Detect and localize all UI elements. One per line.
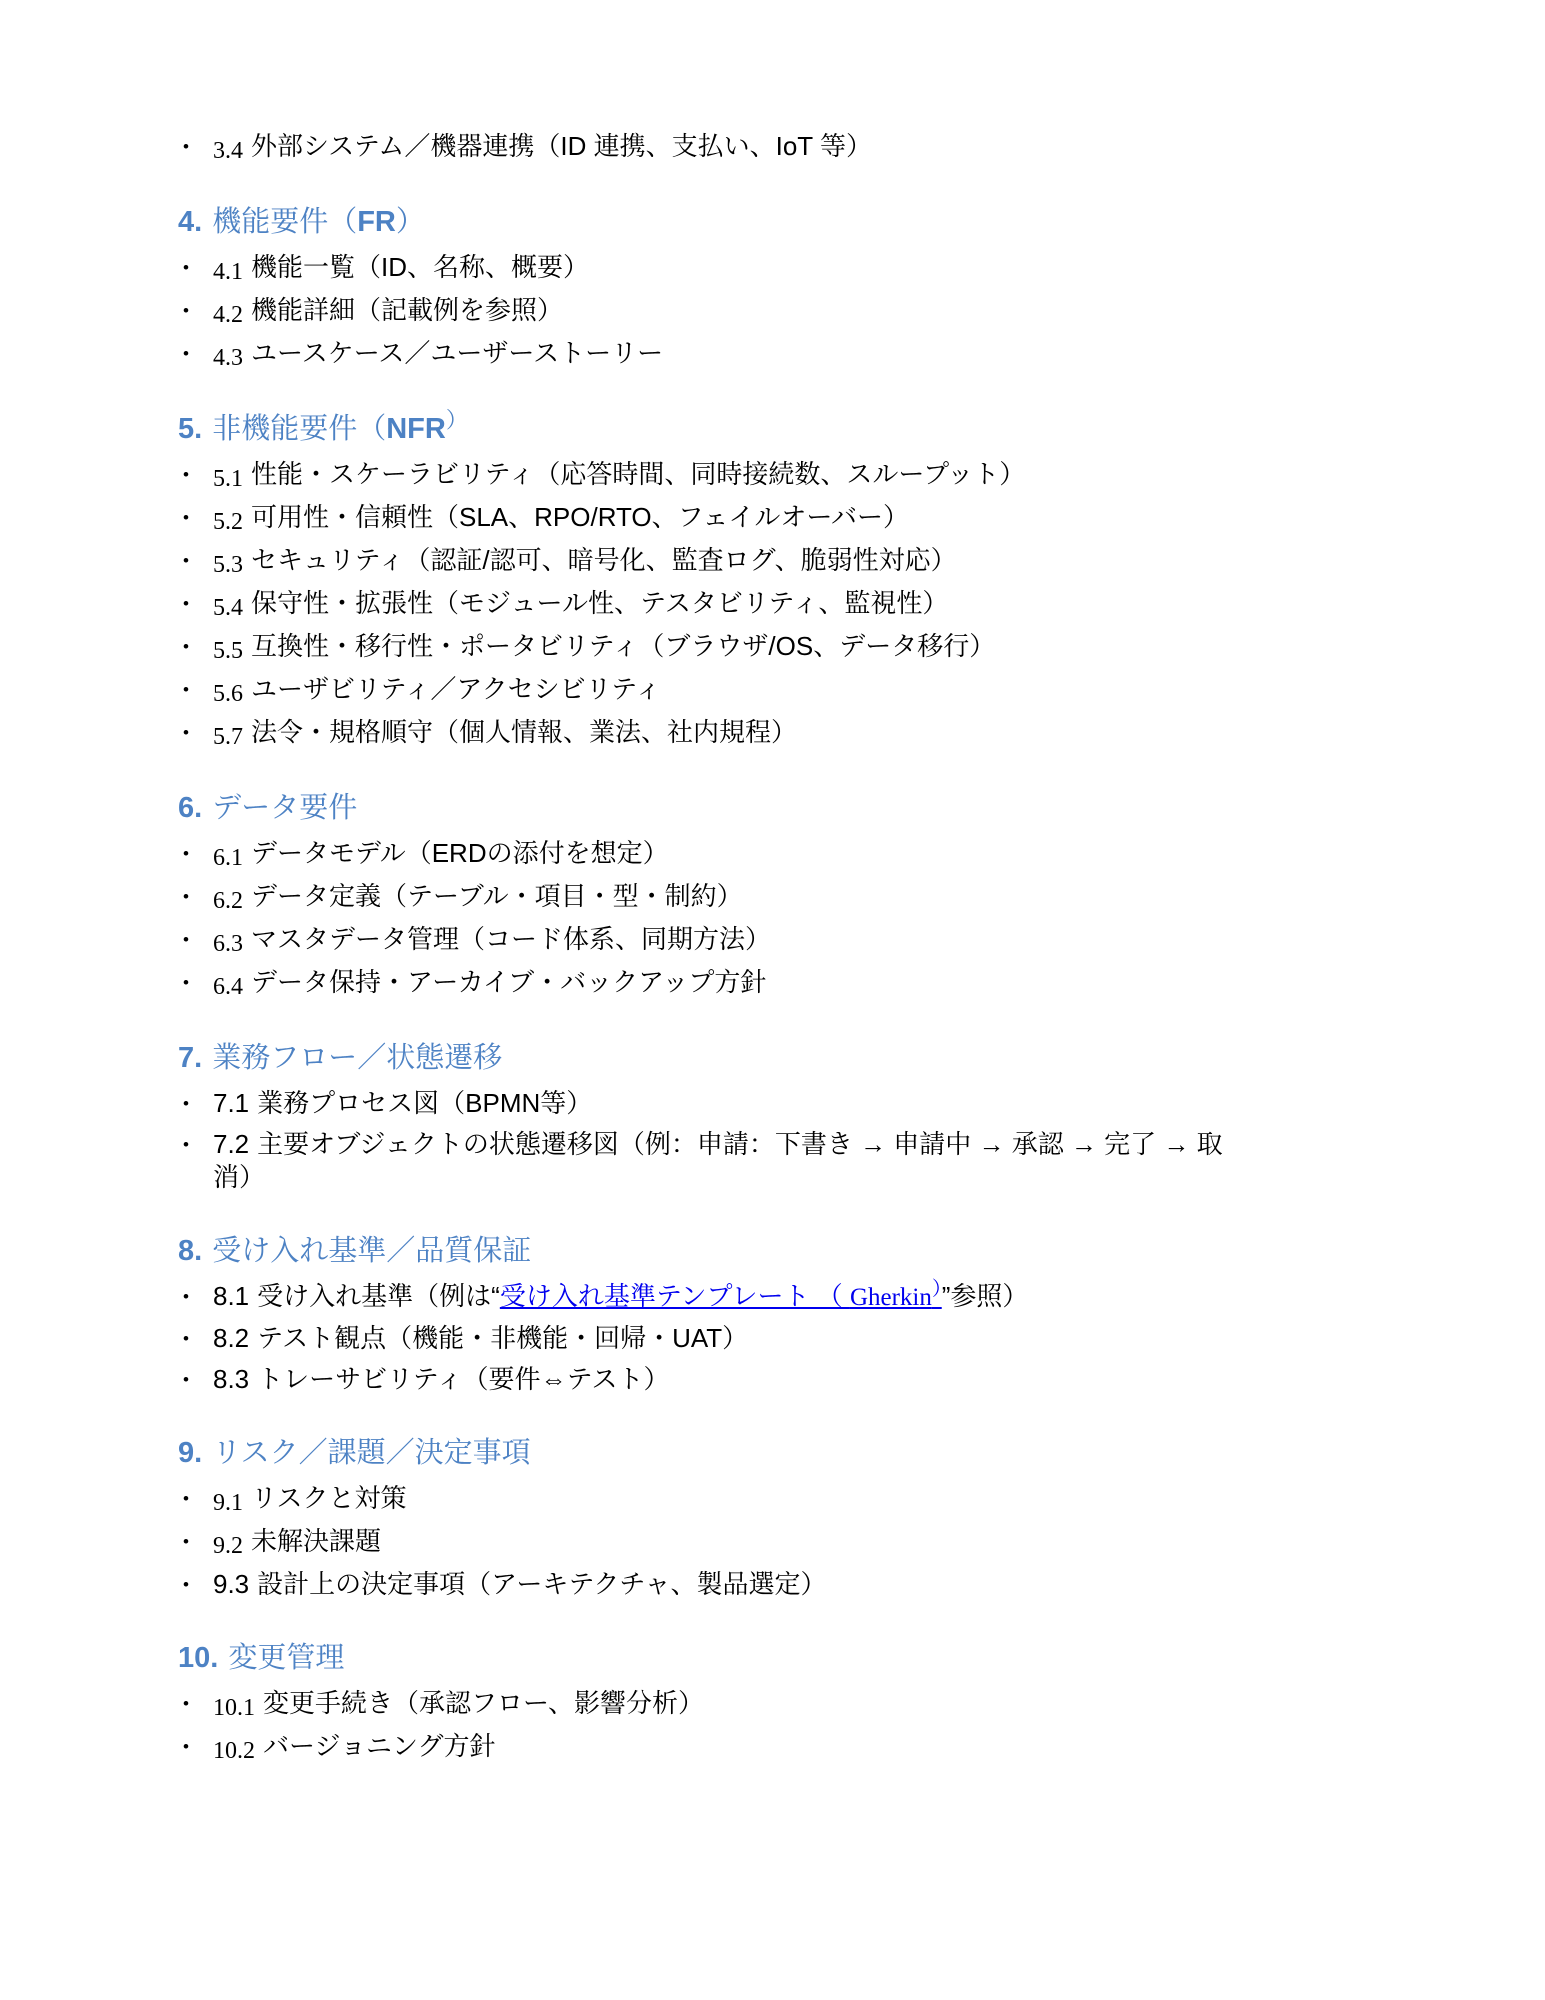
item-number: 5.6 [213, 681, 243, 707]
item-number: 4.1 [213, 259, 243, 285]
bullet-icon: • [183, 630, 213, 663]
item-body: 5.6ユーザビリティ／アクセシビリティ [213, 673, 661, 708]
item-text: 変更手続き（承認フロー、影響分析） [263, 1688, 704, 1718]
item-text: 保守性・拡張性（モジュール性、テスタビリティ、監視性） [251, 588, 948, 618]
item-text: 設計上の決定事項（アーキテクチャ、製品選定） [257, 1569, 826, 1599]
item-body: 9.1リスクと対策 [213, 1482, 406, 1517]
bullet-icon: • [183, 1128, 213, 1161]
item-number: 4.2 [213, 302, 243, 328]
item-body: 5.3セキュリティ（認証/認可、暗号化、監査ログ、脆弱性対応） [213, 544, 957, 579]
item-number: 4.3 [213, 345, 243, 371]
section-heading-7: 7.業務フロー／状態遷移 [178, 1037, 1358, 1079]
bullet-icon: • [183, 587, 213, 620]
list-item: •4.2機能詳細（記載例を参照） [178, 294, 1358, 329]
item-text: データモデル（ERDの添付を想定） [251, 838, 669, 868]
bullet-icon: • [183, 294, 213, 327]
item-number: 6.4 [213, 974, 243, 1000]
list-item: •5.5互換性・移行性・ポータビリティ（ブラウザ/OS、データ移行） [178, 630, 1358, 665]
item-number: 7.2 [213, 1129, 249, 1159]
item-text: 法令・規格順守（個人情報、業法、社内規程） [251, 717, 797, 747]
item-number: 7.1 [213, 1088, 249, 1118]
link-latin-text: Gherkin [850, 1284, 932, 1311]
item-text: 機能一覧（ID、名称、概要） [251, 252, 589, 282]
item-body: 3.4外部システム／機器連携（ID 連携、支払い、IoT 等） [213, 130, 872, 165]
item-body: 5.1性能・スケーラビリティ（応答時間、同時接続数、スループット） [213, 458, 1025, 493]
list-item: •9.1リスクと対策 [178, 1482, 1358, 1517]
item-body: 6.1データモデル（ERDの添付を想定） [213, 837, 669, 872]
item-body: 6.4データ保持・アーカイブ・バックアップ方針 [213, 966, 766, 1001]
list-item: •5.1性能・スケーラビリティ（応答時間、同時接続数、スループット） [178, 458, 1358, 493]
section-title: 非機能要件（ [212, 413, 386, 445]
list-item: •4.3ユースケース／ユーザーストーリー [178, 337, 1358, 372]
item-number: 10.2 [213, 1738, 255, 1764]
section-title: 機能要件（ [212, 206, 357, 238]
item-body: 8.2テスト観点（機能・非機能・回帰・UAT） [213, 1322, 748, 1355]
item-text: 外部システム／機器連携（ID 連携、支払い、IoT 等） [251, 131, 872, 161]
list-item: •8.3トレーサビリティ（要件⇔テスト） [178, 1363, 1358, 1396]
section-title: 変更管理 [228, 1642, 344, 1674]
bullet-icon: • [183, 458, 213, 491]
list-item: •3.4外部システム／機器連携（ID 連携、支払い、IoT 等） [178, 130, 1358, 165]
section-title-close: ） [446, 407, 468, 432]
section-number: 8. [178, 1235, 202, 1267]
bullet-icon: • [183, 966, 213, 999]
section-number: 5. [178, 413, 202, 445]
item-text: ユースケース／ユーザーストーリー [251, 338, 663, 368]
bullet-icon: • [183, 337, 213, 370]
item-text: 機能詳細（記載例を参照） [251, 295, 563, 325]
section-title-close: ） [396, 206, 425, 238]
item-text: 可用性・信頼性（SLA、RPO/RTO、フェイルオーバー） [251, 502, 909, 532]
item-text: トレーサビリティ（要件⇔テスト） [257, 1364, 669, 1394]
item-text: 互換性・移行性・ポータビリティ（ブラウザ/OS、データ移行） [251, 631, 995, 661]
item-number: 5.2 [213, 509, 243, 535]
bullet-icon: • [183, 501, 213, 534]
item-text: 性能・スケーラビリティ（応答時間、同時接続数、スループット） [251, 459, 1025, 489]
bullet-icon: • [183, 1322, 213, 1355]
item-body: 8.1受け入れ基準（例は“受け入れ基準テンプレート （ Gherkin）”参照） [213, 1280, 1028, 1314]
item-text: 未解決課題 [251, 1526, 381, 1556]
item-text-line2: 消） [213, 1162, 265, 1192]
bullet-icon: • [183, 1280, 213, 1313]
section-heading-6: 6.データ要件 [178, 787, 1358, 829]
item-text: データ定義（テーブル・項目・型・制約） [251, 881, 743, 911]
item-body: 10.2バージョニング方針 [213, 1730, 495, 1765]
list-item: •9.2未解決課題 [178, 1525, 1358, 1560]
section-title: リスク／課題／決定事項 [212, 1437, 530, 1469]
list-item: •5.4保守性・拡張性（モジュール性、テスタビリティ、監視性） [178, 587, 1358, 622]
section-heading-4: 4.機能要件（FR） [178, 201, 1358, 243]
bullet-icon: • [183, 544, 213, 577]
item-number: 8.3 [213, 1364, 249, 1394]
item-number: 5.5 [213, 638, 243, 664]
item-text-prefix: 受け入れ基準（例は“ [257, 1281, 500, 1311]
bullet-icon: • [183, 251, 213, 284]
item-body: 5.7法令・規格順守（個人情報、業法、社内規程） [213, 716, 797, 751]
item-number: 5.3 [213, 552, 243, 578]
item-body: 6.3マスタデータ管理（コード体系、同期方法） [213, 923, 771, 958]
list-item: •9.3設計上の決定事項（アーキテクチャ、製品選定） [178, 1568, 1358, 1601]
item-body: 7.1業務プロセス図（BPMN等） [213, 1087, 592, 1120]
bullet-icon: • [183, 1482, 213, 1515]
section-number: 7. [178, 1042, 202, 1074]
bullet-icon: • [183, 880, 213, 913]
item-number: 9.3 [213, 1569, 249, 1599]
bullet-icon: • [183, 923, 213, 956]
section-title: 業務フロー／状態遷移 [212, 1042, 502, 1074]
list-item: •6.4データ保持・アーカイブ・バックアップ方針 [178, 966, 1358, 1001]
bullet-icon: • [183, 837, 213, 870]
item-number: 5.4 [213, 595, 243, 621]
item-number: 6.3 [213, 931, 243, 957]
item-text: リスクと対策 [251, 1483, 406, 1513]
list-item: •7.2主要オブジェクトの状態遷移図（例：申請：下書き → 申請中 → 承認 →… [178, 1128, 1358, 1194]
list-item: •8.2テスト観点（機能・非機能・回帰・UAT） [178, 1322, 1358, 1355]
item-text: データ保持・アーカイブ・バックアップ方針 [251, 967, 766, 997]
item-body: 5.2可用性・信頼性（SLA、RPO/RTO、フェイルオーバー） [213, 501, 909, 536]
list-item: •5.7法令・規格順守（個人情報、業法、社内規程） [178, 716, 1358, 751]
list-item: •4.1機能一覧（ID、名称、概要） [178, 251, 1358, 286]
section-heading-8: 8.受け入れ基準／品質保証 [178, 1230, 1358, 1272]
acceptance-criteria-template-link[interactable]: 受け入れ基準テンプレート （ Gherkin） [500, 1281, 942, 1311]
item-number: 6.2 [213, 888, 243, 914]
item-body: 9.2未解決課題 [213, 1525, 381, 1560]
item-body: 5.4保守性・拡張性（モジュール性、テスタビリティ、監視性） [213, 587, 948, 622]
item-body: 4.2機能詳細（記載例を参照） [213, 294, 563, 329]
item-text: セキュリティ（認証/認可、暗号化、監査ログ、脆弱性対応） [251, 545, 957, 575]
item-body: 8.3トレーサビリティ（要件⇔テスト） [213, 1363, 670, 1396]
item-text: バージョニング方針 [263, 1731, 495, 1761]
item-body: 6.2データ定義（テーブル・項目・型・制約） [213, 880, 743, 915]
item-text-suffix: ”参照） [942, 1281, 1029, 1311]
section-number: 10. [178, 1642, 218, 1674]
section-number: 6. [178, 792, 202, 824]
item-body: 9.3設計上の決定事項（アーキテクチャ、製品選定） [213, 1568, 827, 1601]
list-item: •6.3マスタデータ管理（コード体系、同期方法） [178, 923, 1358, 958]
item-number: 9.2 [213, 1533, 243, 1559]
item-text: ユーザビリティ／アクセシビリティ [251, 674, 661, 704]
list-item: •7.1業務プロセス図（BPMN等） [178, 1087, 1358, 1120]
item-text: 主要オブジェクトの状態遷移図（例：申請：下書き → 申請中 → 承認 → 完了 … [257, 1129, 1222, 1159]
item-text: テスト観点（機能・非機能・回帰・UAT） [257, 1323, 748, 1353]
bullet-icon: • [183, 1730, 213, 1763]
item-number: 5.7 [213, 724, 243, 750]
item-number: 3.4 [213, 138, 243, 164]
bullet-icon: • [183, 1568, 213, 1601]
item-number: 8.1 [213, 1281, 249, 1311]
item-number: 6.1 [213, 845, 243, 871]
bullet-icon: • [183, 673, 213, 706]
bullet-icon: • [183, 1363, 213, 1396]
section-title: 受け入れ基準／品質保証 [212, 1235, 531, 1267]
list-item: •6.1データモデル（ERDの添付を想定） [178, 837, 1358, 872]
bullet-icon: • [183, 1687, 213, 1720]
list-item: •8.1受け入れ基準（例は“受け入れ基準テンプレート （ Gherkin）”参照… [178, 1280, 1358, 1314]
link-text: 受け入れ基準テンプレート （ [500, 1281, 850, 1311]
list-item: •5.2可用性・信頼性（SLA、RPO/RTO、フェイルオーバー） [178, 501, 1358, 536]
item-body: 10.1変更手続き（承認フロー、影響分析） [213, 1687, 704, 1722]
item-number: 5.1 [213, 466, 243, 492]
item-number: 9.1 [213, 1490, 243, 1516]
section-title: データ要件 [212, 792, 357, 824]
bullet-icon: • [183, 1087, 213, 1120]
list-item: •6.2データ定義（テーブル・項目・型・制約） [178, 880, 1358, 915]
list-item: •10.2バージョニング方針 [178, 1730, 1358, 1765]
section-heading-5: 5.非機能要件（NFR） [178, 408, 1358, 450]
list-item: •10.1変更手続き（承認フロー、影響分析） [178, 1687, 1358, 1722]
bullet-icon: • [183, 130, 213, 163]
bullet-icon: • [183, 716, 213, 749]
item-body: 7.2主要オブジェクトの状態遷移図（例：申請：下書き → 申請中 → 承認 → … [213, 1128, 1223, 1194]
section-heading-10: 10.変更管理 [178, 1637, 1358, 1679]
section-title-latin: NFR [386, 413, 446, 445]
item-text: 業務プロセス図（BPMN等） [257, 1088, 592, 1118]
list-item: •5.6ユーザビリティ／アクセシビリティ [178, 673, 1358, 708]
list-item: •5.3セキュリティ（認証/認可、暗号化、監査ログ、脆弱性対応） [178, 544, 1358, 579]
section-number: 4. [178, 206, 202, 238]
section-heading-9: 9.リスク／課題／決定事項 [178, 1432, 1358, 1474]
item-number: 10.1 [213, 1695, 255, 1721]
section-title-latin: FR [357, 206, 396, 238]
item-text: マスタデータ管理（コード体系、同期方法） [251, 924, 771, 954]
item-body: 5.5互換性・移行性・ポータビリティ（ブラウザ/OS、データ移行） [213, 630, 995, 665]
bullet-icon: • [183, 1525, 213, 1558]
item-body: 4.3ユースケース／ユーザーストーリー [213, 337, 663, 372]
document-page: •3.4外部システム／機器連携（ID 連携、支払い、IoT 等）4.機能要件（F… [178, 130, 1358, 1773]
item-number: 8.2 [213, 1323, 249, 1353]
section-number: 9. [178, 1437, 202, 1469]
link-close-paren: ） [932, 1278, 942, 1300]
item-body: 4.1機能一覧（ID、名称、概要） [213, 251, 589, 286]
